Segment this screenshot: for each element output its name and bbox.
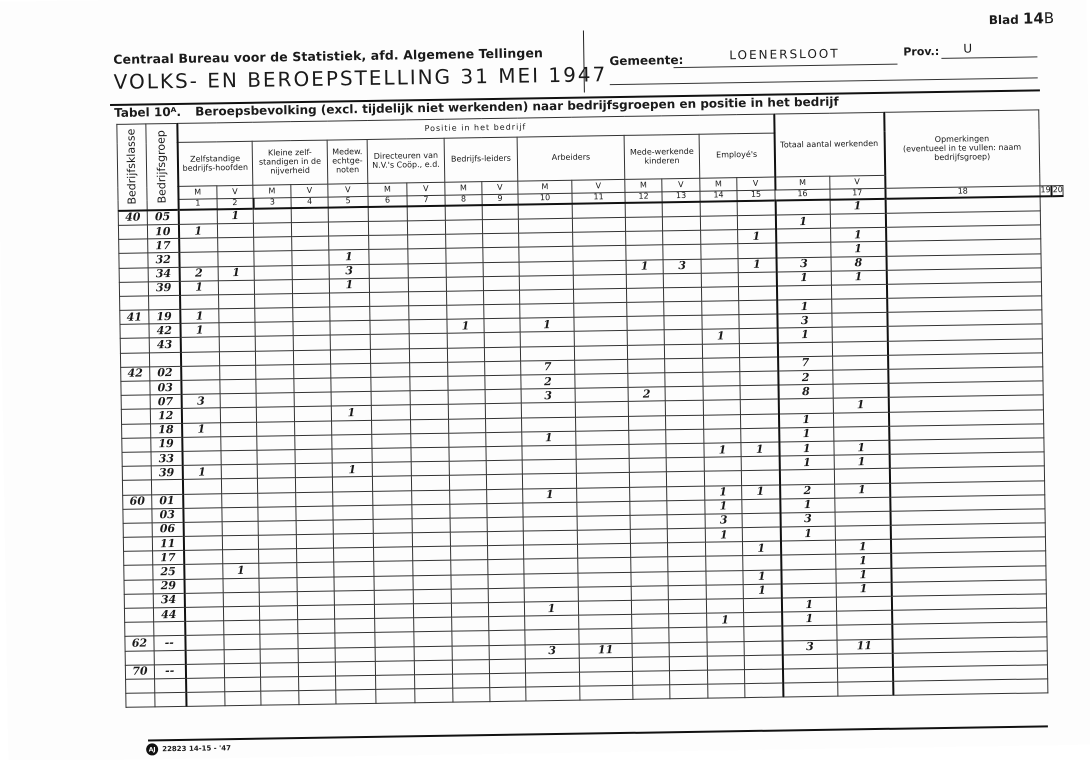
value-cell-col-9[interactable] xyxy=(414,632,452,647)
bedrijfsgroep-cell[interactable]: 12 xyxy=(150,409,181,424)
value-cell-col-13[interactable] xyxy=(575,388,628,403)
value-cell-col-15[interactable] xyxy=(664,344,702,359)
value-cell-col-3[interactable] xyxy=(184,593,223,608)
value-cell-col-3[interactable] xyxy=(183,522,222,537)
value-cell-col-19[interactable]: 1 xyxy=(835,483,890,498)
value-cell-col-15[interactable] xyxy=(667,486,705,501)
value-cell-col-18[interactable]: 2 xyxy=(778,370,833,385)
bedrijfsklasse-cell[interactable] xyxy=(120,296,149,311)
value-cell-col-6[interactable] xyxy=(296,492,333,507)
value-cell-col-13[interactable] xyxy=(579,657,632,672)
value-cell-col-4[interactable] xyxy=(220,379,256,394)
value-cell-col-10[interactable] xyxy=(452,631,489,646)
bedrijfsgroep-cell[interactable] xyxy=(149,295,180,310)
value-cell-col-3[interactable]: 2 xyxy=(179,266,218,281)
value-cell-col-19[interactable] xyxy=(832,313,887,328)
value-cell-col-14[interactable] xyxy=(632,628,669,643)
value-cell-col-13[interactable]: 11 xyxy=(579,643,632,658)
value-cell-col-15[interactable] xyxy=(669,613,707,628)
value-cell-col-18[interactable]: 1 xyxy=(779,455,834,470)
value-cell-col-13[interactable] xyxy=(577,501,630,516)
value-cell-col-5[interactable] xyxy=(255,294,293,309)
value-cell-col-5[interactable] xyxy=(259,563,297,578)
value-cell-col-19[interactable] xyxy=(834,469,889,484)
value-cell-col-3[interactable] xyxy=(181,380,220,395)
bedrijfsklasse-cell[interactable] xyxy=(122,423,151,438)
bedrijfsklasse-cell[interactable]: 41 xyxy=(120,310,149,325)
value-cell-col-9[interactable] xyxy=(408,249,446,264)
value-cell-col-5[interactable] xyxy=(261,691,299,706)
value-cell-col-19[interactable] xyxy=(832,327,887,342)
value-cell-col-6[interactable] xyxy=(296,534,333,549)
value-cell-col-9[interactable] xyxy=(411,476,449,491)
value-cell-col-9[interactable] xyxy=(412,490,450,505)
value-cell-col-18[interactable]: 3 xyxy=(776,257,831,272)
value-cell-col-14[interactable] xyxy=(633,685,670,700)
value-cell-col-9[interactable] xyxy=(409,291,447,306)
value-cell-col-16[interactable] xyxy=(703,414,740,429)
value-cell-col-7[interactable] xyxy=(333,491,373,506)
bedrijfsgroep-cell[interactable]: 44 xyxy=(153,607,184,622)
value-cell-col-18[interactable] xyxy=(781,555,836,570)
value-cell-col-14[interactable] xyxy=(632,671,669,686)
value-cell-col-7[interactable] xyxy=(334,548,374,563)
value-cell-col-11[interactable] xyxy=(487,489,523,504)
value-cell-col-15[interactable] xyxy=(669,642,707,657)
value-cell-col-16[interactable] xyxy=(703,400,740,415)
value-cell-col-6[interactable] xyxy=(294,378,331,393)
value-cell-col-7[interactable] xyxy=(331,363,371,378)
value-cell-col-14[interactable] xyxy=(632,657,669,672)
value-cell-col-18[interactable]: 3 xyxy=(780,512,835,527)
value-cell-col-7[interactable] xyxy=(330,349,370,364)
value-cell-col-5[interactable] xyxy=(257,464,295,479)
value-cell-col-16[interactable] xyxy=(703,386,740,401)
value-cell-col-15[interactable] xyxy=(664,316,702,331)
value-cell-col-17[interactable] xyxy=(744,655,782,670)
value-cell-col-17[interactable] xyxy=(743,598,781,613)
value-cell-col-8[interactable] xyxy=(376,689,415,704)
value-cell-col-8[interactable] xyxy=(373,490,412,505)
value-cell-col-3[interactable] xyxy=(184,607,223,622)
bedrijfsgroep-cell[interactable]: 07 xyxy=(150,395,181,410)
value-cell-col-7[interactable] xyxy=(333,519,373,534)
value-cell-col-3[interactable] xyxy=(182,451,221,466)
value-cell-col-19[interactable] xyxy=(832,298,887,313)
value-cell-col-17[interactable] xyxy=(744,626,782,641)
bedrijfsklasse-cell[interactable] xyxy=(122,466,151,481)
value-cell-col-13[interactable] xyxy=(580,671,633,686)
bedrijfsklasse-cell[interactable]: 42 xyxy=(121,367,150,382)
value-cell-col-9[interactable] xyxy=(413,603,451,618)
value-cell-col-16[interactable] xyxy=(706,556,743,571)
value-cell-col-6[interactable] xyxy=(292,265,329,280)
value-cell-col-13[interactable] xyxy=(575,359,628,374)
value-cell-col-9[interactable] xyxy=(407,220,445,235)
value-cell-col-11[interactable] xyxy=(482,204,518,219)
value-cell-col-15[interactable] xyxy=(667,500,705,515)
value-cell-col-9[interactable] xyxy=(413,546,451,561)
value-cell-col-12[interactable] xyxy=(524,559,578,574)
value-cell-col-9[interactable] xyxy=(412,532,450,547)
value-cell-col-12[interactable]: 3 xyxy=(521,388,575,403)
value-cell-col-10[interactable] xyxy=(446,276,483,291)
value-cell-col-8[interactable] xyxy=(374,561,413,576)
value-cell-col-8[interactable] xyxy=(370,334,409,349)
value-cell-col-15[interactable] xyxy=(669,670,707,685)
value-cell-col-18[interactable] xyxy=(780,540,835,555)
value-cell-col-10[interactable] xyxy=(449,475,486,490)
value-cell-col-4[interactable] xyxy=(218,280,254,295)
value-cell-col-18[interactable]: 1 xyxy=(777,328,832,343)
value-cell-col-7[interactable] xyxy=(330,335,370,350)
value-cell-col-4[interactable] xyxy=(221,464,257,479)
value-cell-col-15[interactable] xyxy=(670,684,708,699)
value-cell-col-7[interactable] xyxy=(332,477,372,492)
value-cell-col-7[interactable] xyxy=(335,661,375,676)
value-cell-col-11[interactable] xyxy=(484,347,520,362)
value-cell-col-4[interactable] xyxy=(225,691,261,706)
value-cell-col-3[interactable] xyxy=(186,678,225,693)
value-cell-col-7[interactable] xyxy=(334,562,374,577)
value-cell-col-11[interactable] xyxy=(488,545,524,560)
value-cell-col-12[interactable] xyxy=(520,303,574,318)
value-cell-col-13[interactable] xyxy=(574,317,627,332)
value-cell-col-4[interactable] xyxy=(218,237,254,252)
bedrijfsgroep-cell[interactable]: 17 xyxy=(148,239,179,254)
value-cell-col-17[interactable]: 1 xyxy=(743,584,781,599)
value-cell-col-6[interactable] xyxy=(295,449,332,464)
value-cell-col-13[interactable] xyxy=(578,572,631,587)
bedrijfsklasse-cell[interactable] xyxy=(124,565,153,580)
value-cell-col-11[interactable] xyxy=(487,503,523,518)
value-cell-col-11[interactable] xyxy=(483,276,519,291)
value-cell-col-10[interactable] xyxy=(448,361,485,376)
value-cell-col-7[interactable] xyxy=(330,292,370,307)
value-cell-col-10[interactable] xyxy=(452,617,489,632)
value-cell-col-8[interactable] xyxy=(368,221,407,236)
value-cell-col-17[interactable] xyxy=(738,243,776,258)
value-cell-col-12[interactable] xyxy=(525,630,579,645)
value-cell-col-5[interactable] xyxy=(261,677,299,692)
value-cell-col-18[interactable] xyxy=(775,199,830,215)
value-cell-col-3[interactable] xyxy=(183,508,222,523)
value-cell-col-18[interactable]: 1 xyxy=(777,299,832,314)
value-cell-col-6[interactable] xyxy=(297,548,334,563)
bedrijfsklasse-cell[interactable] xyxy=(126,693,155,708)
bedrijfsklasse-cell[interactable]: 60 xyxy=(123,494,152,509)
value-cell-col-12[interactable]: 3 xyxy=(525,644,579,659)
value-cell-col-11[interactable] xyxy=(489,645,525,660)
value-cell-col-14[interactable] xyxy=(628,359,665,374)
value-cell-col-8[interactable] xyxy=(371,363,410,378)
gemeente-field[interactable]: LOENERSLOOT xyxy=(729,47,839,63)
bedrijfsgroep-cell[interactable]: 39 xyxy=(148,281,179,296)
value-cell-col-10[interactable] xyxy=(452,659,489,674)
value-cell-col-10[interactable] xyxy=(451,603,488,618)
value-cell-col-12[interactable] xyxy=(518,218,572,233)
value-cell-col-8[interactable] xyxy=(368,206,407,221)
value-cell-col-17[interactable] xyxy=(744,641,782,656)
value-cell-col-6[interactable] xyxy=(291,222,328,237)
value-cell-col-14[interactable] xyxy=(629,444,666,459)
value-cell-col-8[interactable] xyxy=(370,320,409,335)
value-cell-col-5[interactable] xyxy=(257,450,295,465)
value-cell-col-14[interactable] xyxy=(630,529,667,544)
value-cell-col-11[interactable] xyxy=(485,389,521,404)
value-cell-col-4[interactable] xyxy=(219,323,255,338)
value-cell-col-9[interactable] xyxy=(410,390,448,405)
value-cell-col-9[interactable] xyxy=(414,660,452,675)
value-cell-col-19[interactable] xyxy=(834,426,889,441)
value-cell-col-19[interactable]: 11 xyxy=(837,639,892,654)
bedrijfsklasse-cell[interactable]: 62 xyxy=(125,636,154,651)
value-cell-col-6[interactable] xyxy=(298,662,335,677)
value-cell-col-11[interactable] xyxy=(488,560,524,575)
value-cell-col-6[interactable] xyxy=(295,435,332,450)
value-cell-col-11[interactable] xyxy=(489,659,525,674)
value-cell-col-12[interactable] xyxy=(519,232,573,247)
value-cell-col-4[interactable]: 1 xyxy=(217,209,253,224)
value-cell-col-16[interactable]: 1 xyxy=(705,485,742,500)
bedrijfsgroep-cell[interactable]: 33 xyxy=(151,451,182,466)
bedrijfsgroep-cell[interactable]: 32 xyxy=(148,253,179,268)
value-cell-col-16[interactable]: 1 xyxy=(704,443,741,458)
bedrijfsgroep-cell[interactable]: 19 xyxy=(149,310,180,325)
value-cell-col-16[interactable] xyxy=(705,542,742,557)
value-cell-col-6[interactable] xyxy=(294,406,331,421)
value-cell-col-17[interactable] xyxy=(740,371,778,386)
bedrijfsklasse-cell[interactable] xyxy=(121,409,150,424)
value-cell-col-5[interactable] xyxy=(258,535,296,550)
value-cell-col-13[interactable] xyxy=(578,600,631,615)
value-cell-col-11[interactable] xyxy=(483,233,519,248)
value-cell-col-14[interactable] xyxy=(628,373,665,388)
value-cell-col-4[interactable] xyxy=(220,408,256,423)
value-cell-col-11[interactable] xyxy=(487,531,523,546)
value-cell-col-15[interactable] xyxy=(667,514,705,529)
value-cell-col-16[interactable] xyxy=(700,201,737,216)
value-cell-col-11[interactable] xyxy=(488,602,524,617)
bedrijfsklasse-cell[interactable] xyxy=(124,594,153,609)
value-cell-col-17[interactable] xyxy=(742,513,780,528)
bedrijfsklasse-cell[interactable] xyxy=(123,537,152,552)
value-cell-col-15[interactable] xyxy=(669,656,707,671)
value-cell-col-18[interactable] xyxy=(781,583,836,598)
value-cell-col-19[interactable] xyxy=(835,511,890,526)
value-cell-col-18[interactable]: 3 xyxy=(777,313,832,328)
value-cell-col-4[interactable] xyxy=(224,649,260,664)
value-cell-col-8[interactable] xyxy=(369,278,408,293)
value-cell-col-4[interactable] xyxy=(222,493,258,508)
value-cell-col-17[interactable] xyxy=(740,385,778,400)
value-cell-col-8[interactable] xyxy=(375,618,414,633)
value-cell-col-18[interactable]: 1 xyxy=(779,441,834,456)
bedrijfsgroep-cell[interactable]: 02 xyxy=(150,366,181,381)
value-cell-col-5[interactable] xyxy=(257,421,295,436)
bedrijfsgroep-cell[interactable]: 03 xyxy=(150,380,181,395)
value-cell-col-9[interactable] xyxy=(413,589,451,604)
value-cell-col-8[interactable] xyxy=(369,235,408,250)
value-cell-col-18[interactable] xyxy=(778,399,833,414)
value-cell-col-15[interactable] xyxy=(666,429,704,444)
value-cell-col-17[interactable] xyxy=(743,555,781,570)
value-cell-col-15[interactable] xyxy=(668,571,706,586)
value-cell-col-9[interactable] xyxy=(414,646,452,661)
value-cell-col-16[interactable] xyxy=(701,287,738,302)
value-cell-col-14[interactable] xyxy=(627,316,664,331)
value-cell-col-12[interactable] xyxy=(522,474,576,489)
value-cell-col-10[interactable] xyxy=(445,220,482,235)
value-cell-col-10[interactable] xyxy=(449,432,486,447)
value-cell-col-10[interactable] xyxy=(446,262,483,277)
value-cell-col-14[interactable] xyxy=(626,288,663,303)
value-cell-col-3[interactable]: 1 xyxy=(180,309,219,324)
value-cell-col-9[interactable] xyxy=(409,305,447,320)
value-cell-col-19[interactable] xyxy=(831,284,886,299)
value-cell-col-9[interactable] xyxy=(408,263,446,278)
value-cell-col-14[interactable] xyxy=(630,486,667,501)
value-cell-col-5[interactable] xyxy=(257,478,295,493)
value-cell-col-3[interactable] xyxy=(184,578,223,593)
value-cell-col-7[interactable]: 1 xyxy=(329,278,369,293)
bedrijfsgroep-cell[interactable] xyxy=(149,352,180,367)
value-cell-col-4[interactable] xyxy=(218,252,254,267)
value-cell-col-17[interactable] xyxy=(744,612,782,627)
value-cell-col-13[interactable] xyxy=(577,544,630,559)
value-cell-col-14[interactable] xyxy=(628,401,665,416)
value-cell-col-15[interactable] xyxy=(664,330,702,345)
value-cell-col-7[interactable] xyxy=(332,420,372,435)
value-cell-col-3[interactable] xyxy=(180,295,219,310)
value-cell-col-5[interactable] xyxy=(259,606,297,621)
value-cell-col-19[interactable] xyxy=(830,213,885,228)
value-cell-col-9[interactable] xyxy=(408,234,446,249)
value-cell-col-14[interactable] xyxy=(630,515,667,530)
bedrijfsgroep-cell[interactable]: 29 xyxy=(153,579,184,594)
value-cell-col-6[interactable] xyxy=(298,648,335,663)
value-cell-col-8[interactable] xyxy=(369,249,408,264)
value-cell-col-10[interactable] xyxy=(446,248,483,263)
value-cell-col-8[interactable] xyxy=(372,419,411,434)
value-cell-col-5[interactable] xyxy=(259,549,297,564)
value-cell-col-5[interactable] xyxy=(258,492,296,507)
value-cell-col-10[interactable] xyxy=(448,376,485,391)
value-cell-col-18[interactable]: 1 xyxy=(781,597,836,612)
value-cell-col-17[interactable] xyxy=(740,399,778,414)
value-cell-col-10[interactable] xyxy=(452,645,489,660)
value-cell-col-6[interactable] xyxy=(293,307,330,322)
value-cell-col-11[interactable] xyxy=(482,219,518,234)
value-cell-col-14[interactable] xyxy=(629,458,666,473)
value-cell-col-10[interactable] xyxy=(453,674,490,689)
value-cell-col-10[interactable] xyxy=(447,347,484,362)
value-cell-col-13[interactable] xyxy=(577,487,630,502)
value-cell-col-6[interactable] xyxy=(297,605,334,620)
value-cell-col-4[interactable] xyxy=(223,592,259,607)
value-cell-col-12[interactable] xyxy=(525,658,579,673)
value-cell-col-16[interactable] xyxy=(702,343,739,358)
value-cell-col-4[interactable] xyxy=(219,308,255,323)
value-cell-col-11[interactable] xyxy=(485,403,521,418)
value-cell-col-19[interactable]: 1 xyxy=(836,582,891,597)
value-cell-col-15[interactable] xyxy=(668,599,706,614)
value-cell-col-8[interactable] xyxy=(373,505,412,520)
value-cell-col-4[interactable] xyxy=(219,337,255,352)
value-cell-col-19[interactable]: 1 xyxy=(831,227,886,242)
value-cell-col-18[interactable] xyxy=(779,470,834,485)
value-cell-col-10[interactable] xyxy=(447,333,484,348)
value-cell-col-19[interactable] xyxy=(832,341,887,356)
value-cell-col-10[interactable]: 1 xyxy=(447,319,484,334)
value-cell-col-15[interactable] xyxy=(663,230,701,245)
value-cell-col-10[interactable] xyxy=(450,518,487,533)
value-cell-col-17[interactable] xyxy=(744,669,782,684)
value-cell-col-16[interactable] xyxy=(701,244,738,259)
value-cell-col-7[interactable] xyxy=(335,619,375,634)
value-cell-col-17[interactable] xyxy=(739,329,777,344)
value-cell-col-19[interactable]: 1 xyxy=(830,199,885,215)
value-cell-col-16[interactable] xyxy=(706,599,743,614)
value-cell-col-12[interactable] xyxy=(526,672,580,687)
value-cell-col-16[interactable]: 3 xyxy=(705,514,742,529)
value-cell-col-16[interactable] xyxy=(703,372,740,387)
value-cell-col-13[interactable] xyxy=(575,373,628,388)
value-cell-col-10[interactable] xyxy=(450,532,487,547)
prov-field[interactable]: U xyxy=(963,41,972,55)
value-cell-col-14[interactable] xyxy=(627,344,664,359)
value-cell-col-9[interactable] xyxy=(411,461,449,476)
value-cell-col-7[interactable] xyxy=(330,321,370,336)
value-cell-col-16[interactable] xyxy=(707,641,744,656)
value-cell-col-11[interactable] xyxy=(484,304,520,319)
bedrijfsgroep-cell[interactable]: -- xyxy=(154,664,185,679)
value-cell-col-3[interactable]: 3 xyxy=(181,394,220,409)
value-cell-col-14[interactable] xyxy=(626,245,663,260)
value-cell-col-16[interactable]: 1 xyxy=(707,613,744,628)
value-cell-col-14[interactable] xyxy=(629,472,666,487)
value-cell-col-13[interactable] xyxy=(576,459,629,474)
value-cell-col-11[interactable] xyxy=(489,616,525,631)
value-cell-col-15[interactable] xyxy=(665,372,703,387)
value-cell-col-16[interactable] xyxy=(707,627,744,642)
value-cell-col-3[interactable] xyxy=(182,479,221,494)
value-cell-col-10[interactable] xyxy=(446,234,483,249)
value-cell-col-5[interactable] xyxy=(255,350,293,365)
value-cell-col-13[interactable] xyxy=(574,303,627,318)
value-cell-col-5[interactable] xyxy=(254,237,292,252)
value-cell-col-17[interactable] xyxy=(740,357,778,372)
value-cell-col-4[interactable] xyxy=(221,479,257,494)
value-cell-col-3[interactable]: 1 xyxy=(182,465,221,480)
value-cell-col-16[interactable] xyxy=(701,258,738,273)
value-cell-col-12[interactable] xyxy=(519,289,573,304)
bedrijfsgroep-cell[interactable]: -- xyxy=(154,636,185,651)
value-cell-col-3[interactable] xyxy=(185,621,224,636)
value-cell-col-7[interactable] xyxy=(336,690,376,705)
value-cell-col-8[interactable] xyxy=(371,377,410,392)
value-cell-col-10[interactable] xyxy=(451,588,488,603)
value-cell-col-17[interactable]: 1 xyxy=(738,229,776,244)
value-cell-col-8[interactable] xyxy=(372,434,411,449)
value-cell-col-4[interactable]: 1 xyxy=(223,564,259,579)
value-cell-col-11[interactable] xyxy=(484,333,520,348)
value-cell-col-18[interactable]: 1 xyxy=(776,271,831,286)
value-cell-col-19[interactable] xyxy=(837,611,892,626)
value-cell-col-9[interactable] xyxy=(408,277,446,292)
value-cell-col-12[interactable]: 1 xyxy=(523,488,577,503)
value-cell-col-18[interactable] xyxy=(781,569,836,584)
